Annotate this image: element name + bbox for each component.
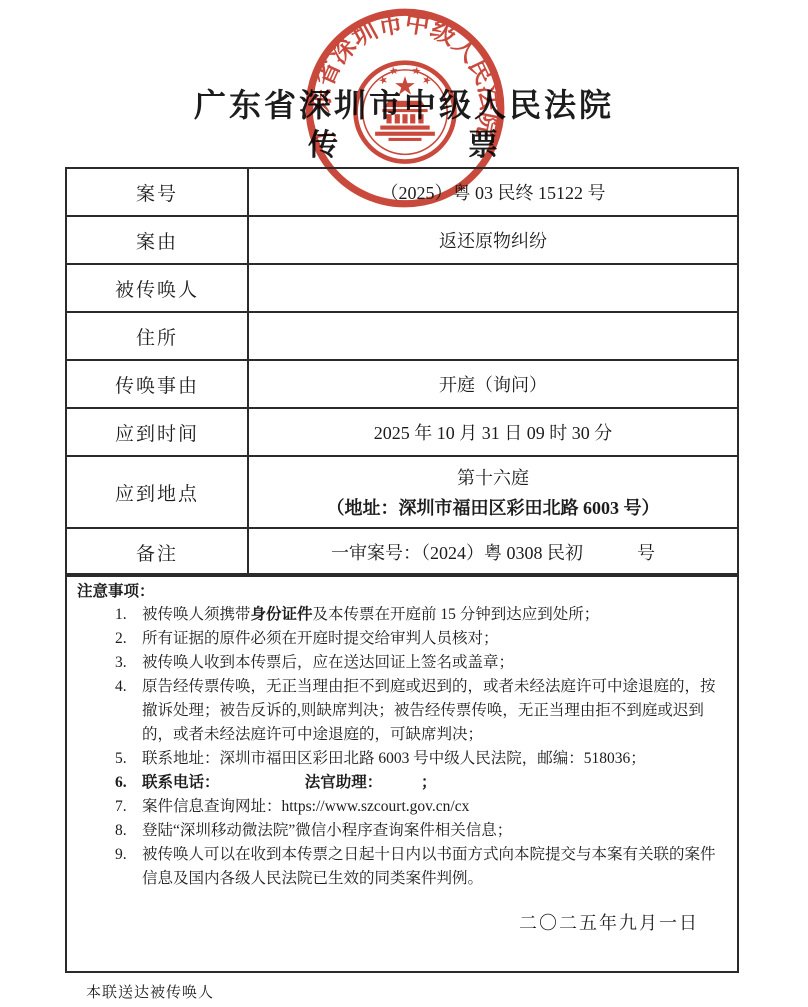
row-value-remarks: 一审案号：（2024）粤 0308 民初 号: [248, 528, 738, 576]
notes-section: 注意事项： 1.被传唤人须携带身份证件及本传票在开庭前 15 分钟到达应到处所；…: [65, 573, 739, 973]
courtroom-name: 第十六庭: [249, 464, 737, 490]
row-label-appear-place: 应到地点: [66, 456, 248, 528]
summons-info-table: 案号 （2025）粤 03 民终 15122 号 案由 返还原物纠纷 被传唤人 …: [65, 167, 739, 577]
table-row: 备注 一审案号：（2024）粤 0308 民初 号: [66, 528, 738, 576]
note-item: 3.被传唤人收到本传票后，应在送达回证上签名或盖章；: [115, 651, 725, 675]
row-value-address: [248, 312, 738, 360]
note-item-text: 原告经传票传唤，无正当理由拒不到庭或迟到的，或者未经法庭许可中途退庭的，按撤诉处…: [142, 675, 725, 747]
note-item-text: 案件信息查询网址：https://www.szcourt.gov.cn/cx: [142, 795, 725, 819]
note-item: 5.联系地址：深圳市福田区彩田北路 6003 号中级人民法院，邮编：518036…: [115, 747, 725, 771]
table-row: 应到时间 2025 年 10 月 31 日 09 时 30 分: [66, 408, 738, 456]
note-item-number: 7.: [115, 795, 142, 819]
note-item: 8.登陆“深圳移动微法院”微信小程序查询案件相关信息；: [115, 819, 725, 843]
row-label-summoned-person: 被传唤人: [66, 264, 248, 312]
note-item: 2.所有证据的原件必须在开庭时提交给审判人员核对；: [115, 627, 725, 651]
note-item-number: 1.: [115, 603, 142, 627]
note-item: 4.原告经传票传唤，无正当理由拒不到庭或迟到的，或者未经法庭许可中途退庭的，按撤…: [115, 675, 725, 747]
row-value-summons-reason: 开庭（询问）: [248, 360, 738, 408]
note-item-text: 被传唤人收到本传票后，应在送达回证上签名或盖章；: [142, 651, 725, 675]
row-label-remarks: 备注: [66, 528, 248, 576]
table-row: 应到地点 第十六庭 （地址：深圳市福田区彩田北路 6003 号）: [66, 456, 738, 528]
note-item-number: 8.: [115, 819, 142, 843]
row-label-address: 住所: [66, 312, 248, 360]
row-value-appear-place: 第十六庭 （地址：深圳市福田区彩田北路 6003 号）: [248, 456, 738, 528]
court-name-title: 广东省深圳市中级人民法院: [0, 84, 808, 126]
note-item-text: 被传唤人可以在收到本传票之日起十日内以书面方式向本院提交与本案有关联的案件信息及…: [142, 843, 725, 891]
table-row: 案由 返还原物纠纷: [66, 216, 738, 264]
note-item-number: 2.: [115, 627, 142, 651]
notes-heading: 注意事项：: [77, 580, 725, 603]
table-row: 案号 （2025）粤 03 民终 15122 号: [66, 168, 738, 216]
row-label-cause: 案由: [66, 216, 248, 264]
note-item-number: 9.: [115, 843, 142, 891]
table-row: 被传唤人: [66, 264, 738, 312]
courtroom-address: （地址：深圳市福田区彩田北路 6003 号）: [249, 494, 737, 520]
note-item-text: 所有证据的原件必须在开庭时提交给审判人员核对；: [142, 627, 725, 651]
note-item-number: 5.: [115, 747, 142, 771]
note-item-number: 3.: [115, 651, 142, 675]
note-item: 6.联系电话： 法官助理： ；: [115, 771, 725, 795]
issue-date: 二〇二五年九月一日: [519, 909, 699, 935]
note-item-number: 4.: [115, 675, 142, 747]
summons-document: 广东省深圳市中级人民法院 传 票 广东省深圳市中级人民法院: [0, 0, 808, 1007]
row-value-case-number: （2025）粤 03 民终 15122 号: [248, 168, 738, 216]
note-item: 9.被传唤人可以在收到本传票之日起十日内以书面方式向本院提交与本案有关联的案件信…: [115, 843, 725, 891]
note-item-text: 被传唤人须携带身份证件及本传票在开庭前 15 分钟到达应到处所；: [142, 603, 725, 627]
note-item-text: 登陆“深圳移动微法院”微信小程序查询案件相关信息；: [142, 819, 725, 843]
row-label-appear-time: 应到时间: [66, 408, 248, 456]
row-label-summons-reason: 传唤事由: [66, 360, 248, 408]
row-value-summoned-person: [248, 264, 738, 312]
copy-destination-note: 本联送达被传唤人: [86, 981, 214, 1002]
row-label-case-number: 案号: [66, 168, 248, 216]
note-item-text: 联系电话： 法官助理： ；: [142, 771, 725, 795]
row-value-cause: 返还原物纠纷: [248, 216, 738, 264]
note-item-text: 联系地址：深圳市福田区彩田北路 6003 号中级人民法院，邮编：518036；: [142, 747, 725, 771]
row-value-appear-time: 2025 年 10 月 31 日 09 时 30 分: [248, 408, 738, 456]
note-item: 1.被传唤人须携带身份证件及本传票在开庭前 15 分钟到达应到处所；: [115, 603, 725, 627]
document-header: 广东省深圳市中级人民法院 传 票: [0, 84, 808, 166]
note-item-number: 6.: [115, 771, 142, 795]
notes-list: 1.被传唤人须携带身份证件及本传票在开庭前 15 分钟到达应到处所；2.所有证据…: [115, 603, 725, 891]
table-row: 传唤事由 开庭（询问）: [66, 360, 738, 408]
note-item: 7.案件信息查询网址：https://www.szcourt.gov.cn/cx: [115, 795, 725, 819]
table-row: 住所: [66, 312, 738, 360]
document-title: 传 票: [0, 126, 808, 166]
